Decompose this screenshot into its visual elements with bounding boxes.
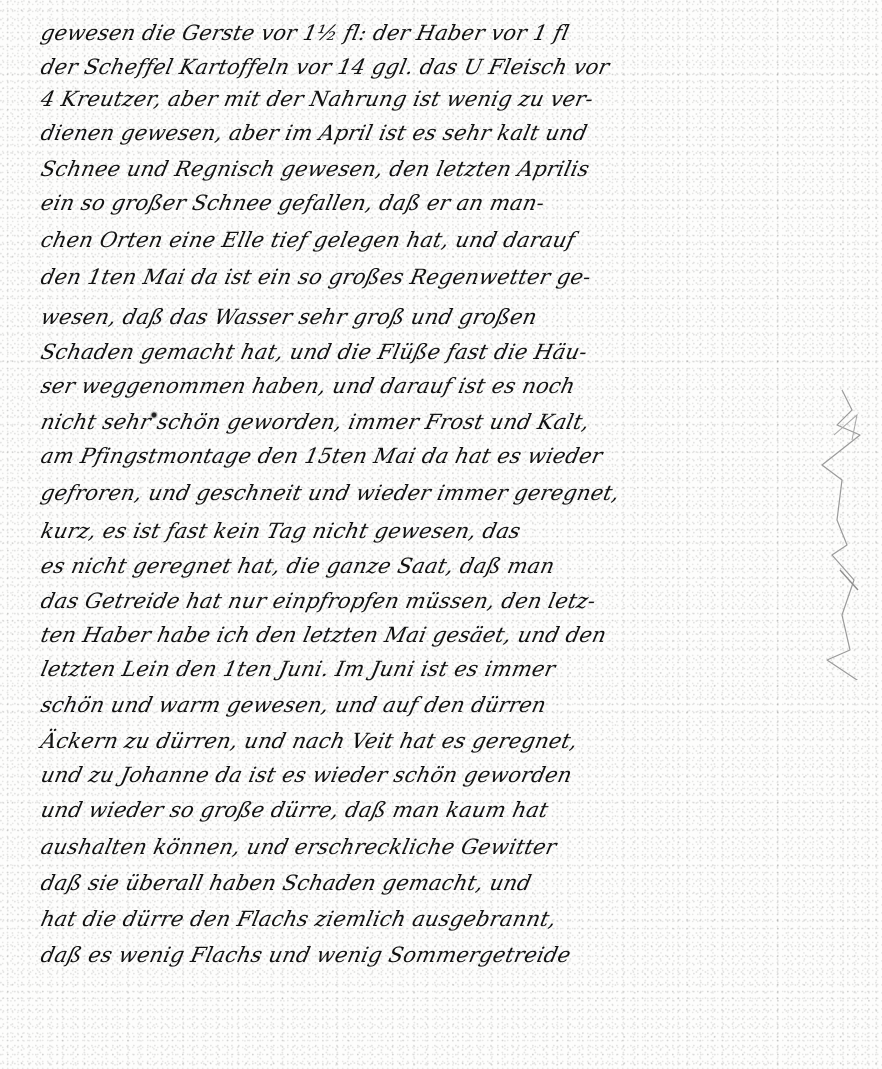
manuscript-line: es nicht geregnet hat, die ganze Saat, d…	[38, 551, 558, 581]
line-text: dienen gewesen, aber im April ist es seh…	[38, 118, 590, 148]
line-text: am Pfingstmontage den 15ten Mai da hat e…	[38, 441, 605, 471]
manuscript-line: hat die dürre den Flachs ziemlich ausgeb…	[38, 904, 559, 934]
manuscript-line: Schaden gemacht hat, und die Flüße fast …	[38, 337, 590, 367]
line-text: und wieder so große dürre, daß man kaum …	[38, 795, 551, 825]
manuscript-page: gewesen die Gerste vor 1½ fl: der Haber …	[0, 0, 882, 1069]
manuscript-line: ser weggenommen haben, und darauf ist es…	[38, 371, 578, 401]
line-text: es nicht geregnet hat, die ganze Saat, d…	[38, 551, 558, 581]
line-text: ten Haber habe ich den letzten Mai gesäe…	[38, 620, 609, 650]
manuscript-line: aushalten können, und erschreckliche Gew…	[38, 832, 559, 862]
manuscript-line: am Pfingstmontage den 15ten Mai da hat e…	[38, 441, 605, 471]
line-text: wesen, daß das Wasser sehr groß und groß…	[38, 302, 540, 332]
line-text: ein so großer Schnee gefallen, daß er an…	[38, 188, 547, 218]
manuscript-line: gewesen die Gerste vor 1½ fl: der Haber …	[38, 18, 572, 48]
manuscript-line: ein so großer Schnee gefallen, daß er an…	[38, 188, 547, 218]
line-text: 4 Kreutzer, aber mit der Nahrung ist wen…	[38, 84, 596, 114]
manuscript-line: Schnee und Regnisch gewesen, den letzten…	[38, 154, 592, 184]
line-text: daß sie überall haben Schaden gemacht, u…	[38, 868, 534, 898]
manuscript-line: daß es wenig Flachs und wenig Sommergetr…	[38, 940, 574, 970]
manuscript-line: wesen, daß das Wasser sehr groß und groß…	[38, 302, 540, 332]
manuscript-line: daß sie überall haben Schaden gemacht, u…	[38, 868, 534, 898]
manuscript-line: chen Orten eine Elle tief gelegen hat, u…	[38, 225, 578, 255]
manuscript-line: schön und warm gewesen, und auf den dürr…	[38, 690, 549, 720]
manuscript-line: letzten Lein den 1ten Juni. Im Juni ist …	[38, 654, 558, 684]
manuscript-line: ten Haber habe ich den letzten Mai gesäe…	[38, 620, 609, 650]
manuscript-line: dienen gewesen, aber im April ist es seh…	[38, 118, 590, 148]
line-text: kurz, es ist fast kein Tag nicht gewesen…	[38, 516, 524, 546]
manuscript-line: und wieder so große dürre, daß man kaum …	[38, 795, 551, 825]
line-text: nicht sehr schön geworden, immer Frost u…	[38, 407, 592, 437]
manuscript-text-block: gewesen die Gerste vor 1½ fl: der Haber …	[0, 0, 882, 1069]
line-text: schön und warm gewesen, und auf den dürr…	[38, 690, 549, 720]
line-text: ser weggenommen haben, und darauf ist es…	[38, 371, 578, 401]
line-text: gewesen die Gerste vor 1½ fl: der Haber …	[38, 18, 572, 48]
line-text: Schaden gemacht hat, und die Flüße fast …	[38, 337, 590, 367]
line-text: chen Orten eine Elle tief gelegen hat, u…	[38, 225, 578, 255]
manuscript-line: 4 Kreutzer, aber mit der Nahrung ist wen…	[38, 84, 596, 114]
manuscript-line: der Scheffel Kartoffeln vor 14 ggl. das …	[38, 52, 612, 82]
manuscript-line: kurz, es ist fast kein Tag nicht gewesen…	[38, 516, 524, 546]
line-text: der Scheffel Kartoffeln vor 14 ggl. das …	[38, 52, 612, 82]
line-text: hat die dürre den Flachs ziemlich ausgeb…	[38, 904, 559, 934]
line-text: und zu Johanne da ist es wieder schön ge…	[38, 760, 575, 790]
manuscript-line: gefroren, und geschneit und wieder immer…	[38, 478, 622, 508]
manuscript-line: Äckern zu dürren, und nach Veit hat es g…	[38, 726, 580, 756]
manuscript-line: und zu Johanne da ist es wieder schön ge…	[38, 760, 575, 790]
line-text: das Getreide hat nur einpfropfen müssen,…	[38, 586, 599, 616]
manuscript-line: den 1ten Mai da ist ein so großes Regenw…	[38, 262, 594, 292]
pencil-scribble-icon	[812, 380, 882, 680]
line-text: Schnee und Regnisch gewesen, den letzten…	[38, 154, 592, 184]
line-text: den 1ten Mai da ist ein so großes Regenw…	[38, 262, 594, 292]
manuscript-line: nicht sehr schön geworden, immer Frost u…	[38, 407, 592, 437]
line-text: aushalten können, und erschreckliche Gew…	[38, 832, 559, 862]
manuscript-line: das Getreide hat nur einpfropfen müssen,…	[38, 586, 599, 616]
line-text: letzten Lein den 1ten Juni. Im Juni ist …	[38, 654, 558, 684]
line-text: gefroren, und geschneit und wieder immer…	[38, 478, 622, 508]
line-text: Äckern zu dürren, und nach Veit hat es g…	[38, 726, 580, 756]
line-text: daß es wenig Flachs und wenig Sommergetr…	[38, 940, 574, 970]
margin-pencil-note	[812, 380, 882, 680]
ink-blot	[150, 411, 158, 419]
